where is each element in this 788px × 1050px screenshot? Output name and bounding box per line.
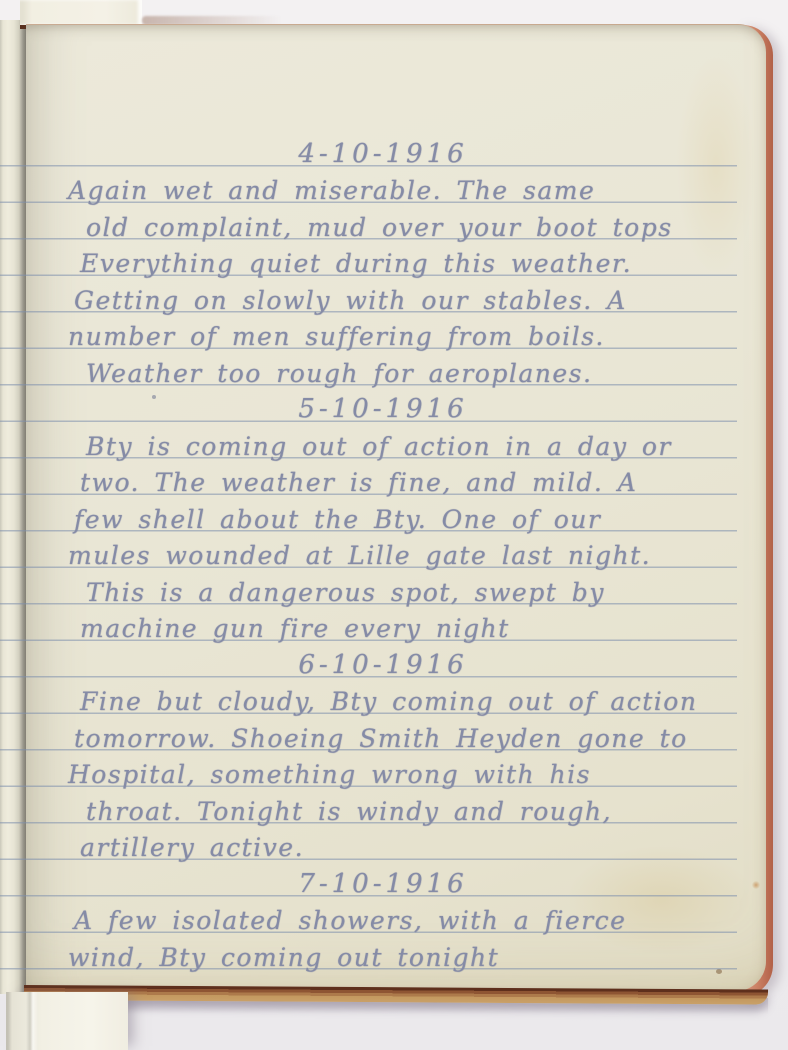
entry-date: 7-10-1916 <box>26 860 740 897</box>
entry-line: Bty is coming out of action in a day or <box>26 422 740 459</box>
protruding-page-bottom <box>6 992 128 1050</box>
entry-line: Again wet and miserable. The same <box>26 167 740 204</box>
entry-line: wind, Bty coming out tonight <box>26 933 740 970</box>
entry-line: mules wounded at Lille gate last night. <box>26 532 740 569</box>
entry-line: A few isolated showers, with a fierce <box>26 897 740 934</box>
rust-speck <box>752 881 760 889</box>
entry-line: old complaint, mud over your boot tops <box>26 203 740 240</box>
entry-line: few shell about the Bty. One of our <box>26 495 740 532</box>
entry-line: Everything quiet during this weather. <box>26 240 740 277</box>
entry-line: number of men suffering from boils. <box>26 313 740 350</box>
entry-date: 4-10-1916 <box>26 130 740 167</box>
entry-date: 6-10-1916 <box>26 641 740 678</box>
handwriting-area: 4-10-1916Again wet and miserable. The sa… <box>26 130 740 972</box>
entry-line: Fine but cloudy, Bty coming out of actio… <box>26 678 740 715</box>
entry-line: artillery active. <box>26 824 740 861</box>
entry-line: This is a dangerous spot, swept by <box>26 568 740 605</box>
entry-line: throat. Tonight is windy and rough, <box>26 787 740 824</box>
entry-line: two. The weather is fine, and mild. A <box>26 459 740 496</box>
entry-line: Hospital, something wrong with his <box>26 751 740 788</box>
entry-line: Weather too rough for aeroplanes. <box>26 349 740 386</box>
entry-line: Getting on slowly with our stables. A <box>26 276 740 313</box>
entry-date: 5-10-1916 <box>26 386 740 423</box>
entry-line: tomorrow. Shoeing Smith Heyden gone to <box>26 714 740 751</box>
entry-line: machine gun fire every night <box>26 605 740 642</box>
